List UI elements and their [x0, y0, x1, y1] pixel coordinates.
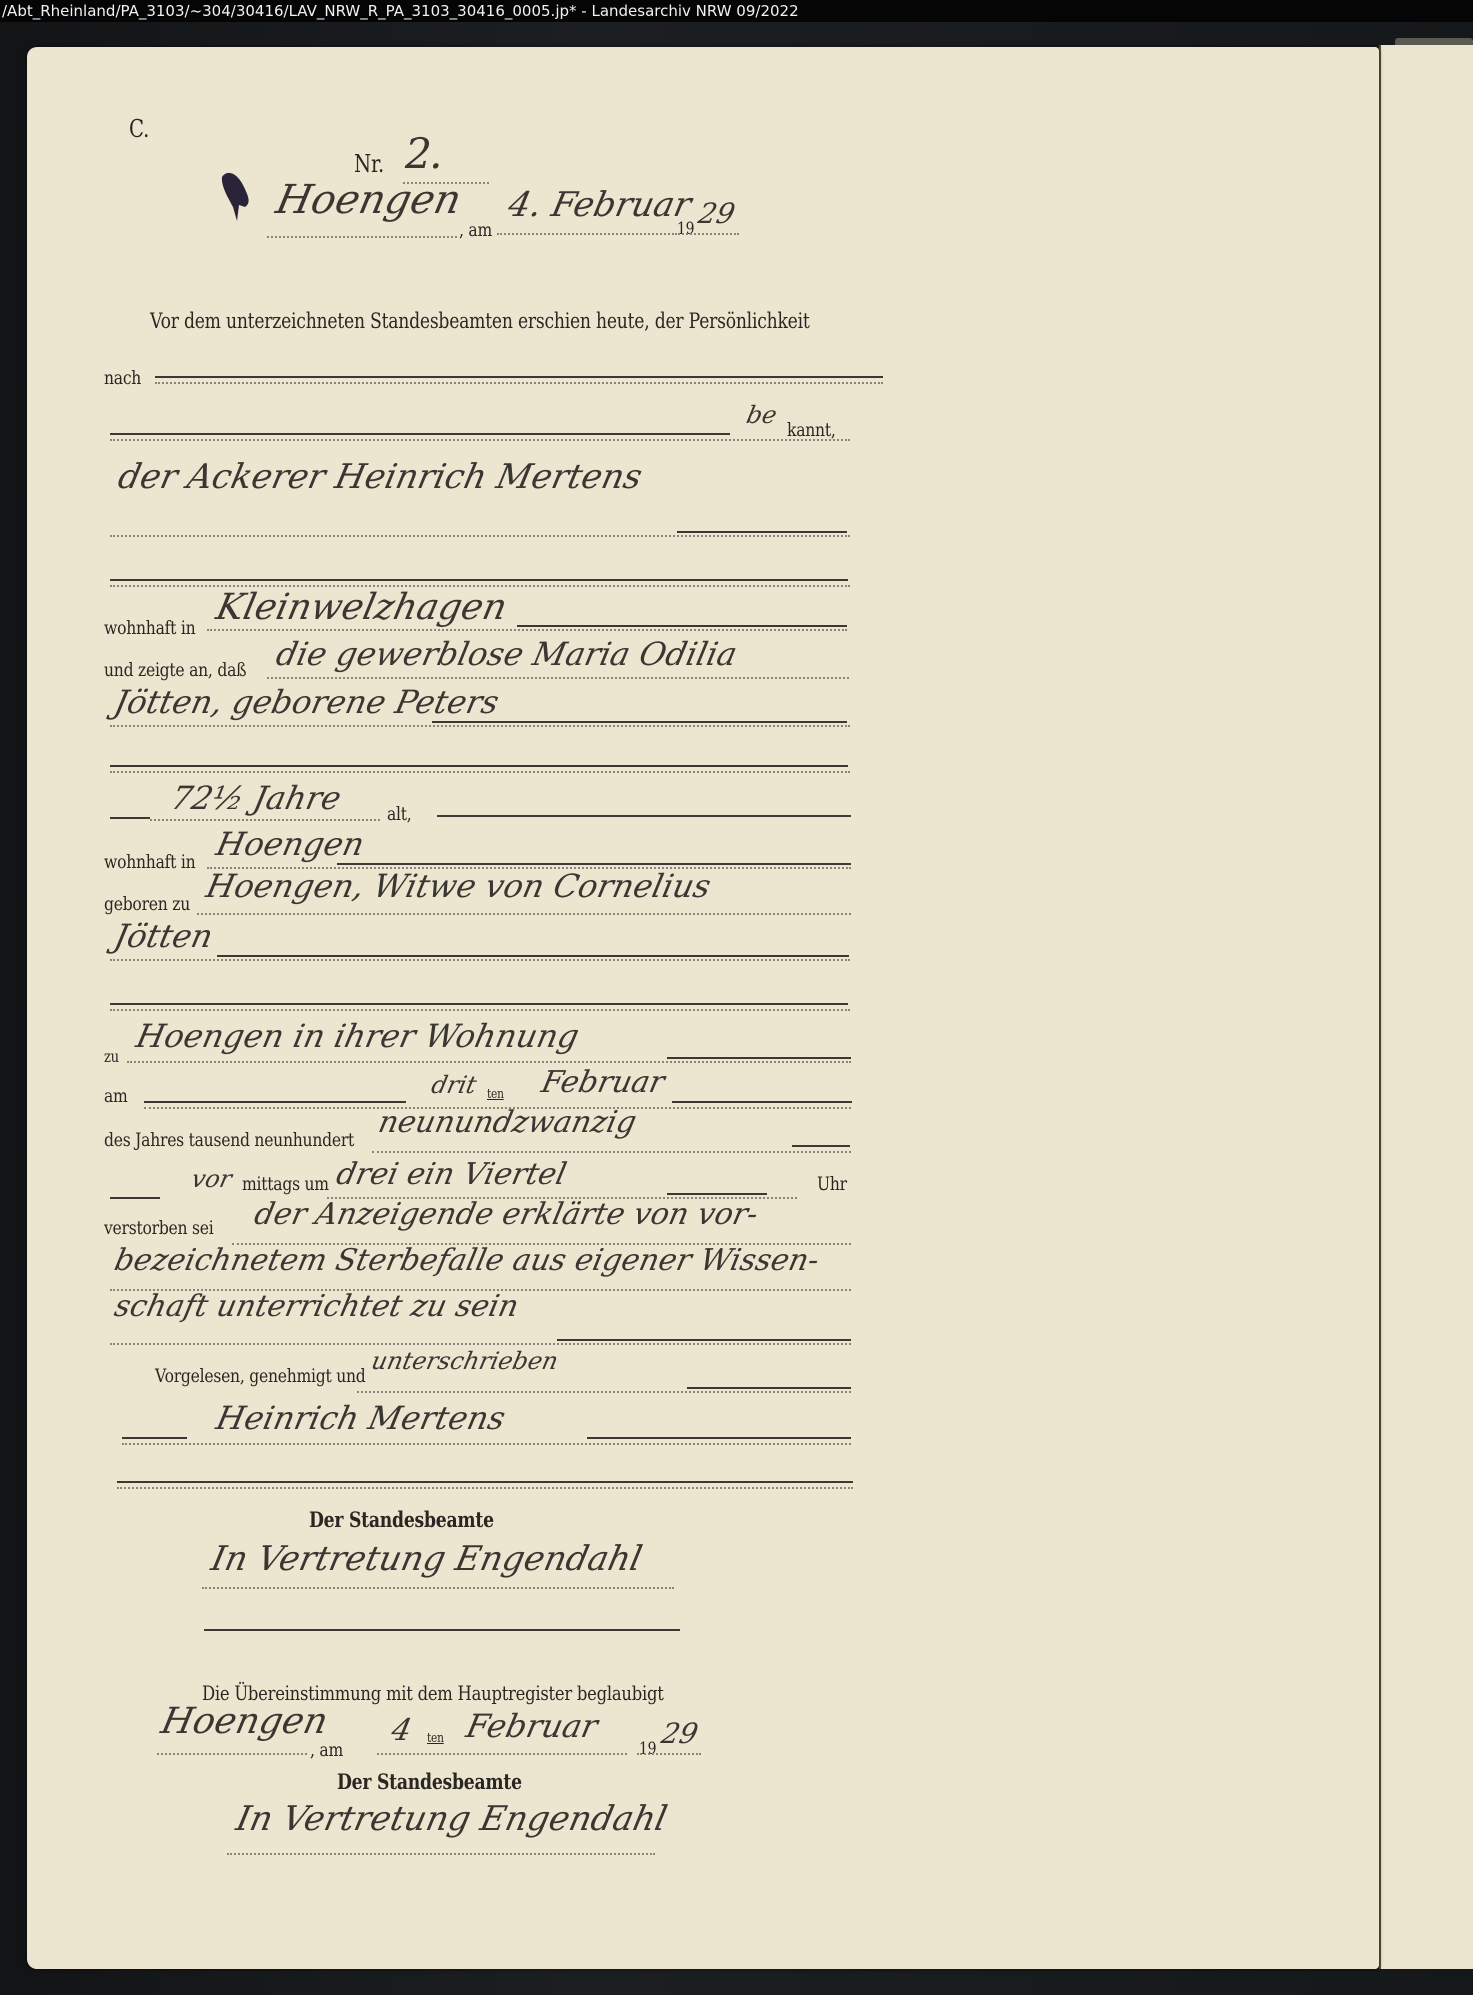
- cert-ten-label: ten: [427, 1731, 444, 1746]
- cert-day: 4: [388, 1713, 415, 1748]
- read-approved-dotted-line: [357, 1391, 851, 1393]
- register-page: C. Nr. 2. Hoengen , am 4. Februar 19 29 …: [27, 47, 1379, 1969]
- zeigte-label: und zeigte an, daß: [104, 659, 246, 681]
- vor-handwritten: vor: [189, 1165, 234, 1193]
- informant-residence-label: wohnhaft in: [104, 617, 195, 639]
- deceased-dotted-line-1: [267, 677, 849, 679]
- cert-registrar-label: Der Standesbeamte: [337, 1769, 522, 1794]
- death-year-dotted-line: [372, 1151, 851, 1153]
- death-place-dotted-line: [127, 1061, 851, 1063]
- read-approved-label: Vorgelesen, genehmigt und: [155, 1365, 366, 1387]
- died-label: verstorben sei: [104, 1217, 213, 1239]
- born-line-1: Hoengen, Witwe von Cornelius: [203, 867, 714, 905]
- born-dotted-line-1: [197, 913, 851, 915]
- residence-rule: [517, 625, 847, 627]
- read-approved-rule: [687, 1387, 851, 1389]
- informant-residence: Kleinwelzhagen: [213, 587, 511, 628]
- nach-dotted-line: [155, 382, 883, 384]
- remark-rule-3: [557, 1339, 851, 1341]
- cert-registrar-dotted-line: [227, 1853, 655, 1855]
- death-year-label: des Jahres tausend neunhundert: [104, 1129, 354, 1151]
- time-rule-right: [667, 1193, 767, 1195]
- deceased-line-2: Jötten, geborene Peters: [111, 683, 502, 721]
- cert-month: Februar: [463, 1707, 601, 1745]
- informant-name: der Ackerer Heinrich Mertens: [115, 457, 646, 497]
- residence-dotted-line: [207, 629, 847, 631]
- age-rule-right: [437, 815, 851, 817]
- bekannt-label: kannt,: [787, 419, 836, 441]
- deceased-residence: Hoengen: [213, 825, 368, 863]
- ten-label: ten: [487, 1087, 504, 1102]
- born-line-2: Jötten: [111, 917, 216, 955]
- death-year-rule: [792, 1145, 850, 1147]
- blank-dotted-line-2: [110, 771, 850, 773]
- uhr-label: Uhr: [817, 1173, 847, 1195]
- deceased-dotted-line-2: [110, 725, 850, 727]
- deceased-residence-label: wohnhaft in: [104, 851, 195, 873]
- age-dotted-line: [150, 819, 380, 821]
- deceased-rule-2: [432, 721, 847, 723]
- record-number: 2.: [400, 129, 450, 178]
- remark-line-1: der Anzeigende erklärte von vor-: [251, 1197, 761, 1232]
- death-time: drei ein Viertel: [333, 1157, 569, 1192]
- number-label: Nr.: [354, 150, 384, 178]
- registrar-label: Der Standesbeamte: [309, 1507, 494, 1532]
- bekannt-handwritten: be: [744, 401, 780, 429]
- blank-dotted-line-3: [110, 1009, 850, 1011]
- blank-rule-2: [110, 765, 848, 767]
- death-place-rule: [667, 1057, 851, 1059]
- closing-dotted-line: [117, 1487, 853, 1489]
- born-label: geboren zu: [104, 893, 190, 915]
- signature-dotted-line: [122, 1443, 851, 1445]
- nach-label: nach: [104, 367, 141, 389]
- informant-rule: [677, 531, 847, 533]
- bekannt-rule: [110, 433, 730, 435]
- death-day: drit: [429, 1071, 479, 1099]
- cert-place: Hoengen: [158, 1701, 332, 1742]
- ink-blot-icon: [217, 169, 257, 229]
- corner-mark: C.: [129, 115, 149, 143]
- date-handwritten: 4. Februar: [505, 185, 695, 225]
- date-dotted-line: [497, 233, 677, 235]
- signature-rule-left: [122, 1437, 187, 1439]
- born-rule-2: [217, 955, 849, 957]
- cert-registrar-signature: In Vertretung Engendahl: [233, 1799, 671, 1839]
- born-dotted-line-2: [110, 959, 850, 961]
- time-rule-left: [110, 1197, 160, 1199]
- cert-date-dotted-line: [377, 1753, 627, 1755]
- window-title: /Abt_Rheinland/PA_3103/~304/30416/LAV_NR…: [2, 2, 799, 20]
- age-value: 72½ Jahre: [168, 779, 345, 817]
- death-date-rule-left: [144, 1101, 406, 1103]
- registrar-dotted-line: [202, 1587, 674, 1589]
- place-dotted-line: [267, 236, 457, 238]
- death-year-words: neunundzwanzig: [375, 1105, 639, 1140]
- cert-year-dotted-line: [637, 1753, 701, 1755]
- window-title-bar: /Abt_Rheinland/PA_3103/~304/30416/LAV_NR…: [0, 0, 1473, 22]
- age-rule-left: [110, 817, 150, 819]
- deceased-residence-rule: [337, 863, 851, 865]
- deceased-line-1: die gewerblose Maria Odilia: [273, 635, 741, 673]
- registrar-signature: In Vertretung Engendahl: [208, 1539, 646, 1579]
- death-record-form: C. Nr. 2. Hoengen , am 4. Februar 19 29 …: [27, 47, 1379, 1969]
- intro-text: Vor dem unterzeichneten Standesbeamten e…: [150, 309, 810, 333]
- remark-dotted-line-3: [110, 1343, 851, 1345]
- closing-rule: [117, 1481, 853, 1483]
- mittags-label: mittags um: [242, 1173, 329, 1195]
- death-date-rule-right: [672, 1101, 852, 1103]
- place-handwritten: Hoengen: [272, 177, 465, 223]
- death-month: Februar: [538, 1065, 667, 1100]
- signed-handwritten: unterschrieben: [369, 1347, 561, 1375]
- nach-rule: [155, 376, 883, 378]
- year-dotted-line: [675, 233, 739, 235]
- age-label: alt,: [387, 803, 412, 825]
- cert-am-label: , am: [310, 1739, 343, 1761]
- cert-year-suffix: 29: [658, 1717, 701, 1750]
- cert-year-prefix: 19: [639, 1739, 656, 1759]
- death-date-label: am: [104, 1085, 128, 1107]
- cert-place-dotted-line: [157, 1753, 307, 1755]
- am-label: , am: [459, 219, 492, 241]
- remark-line-2: bezeichnetem Sterbefalle aus eigener Wis…: [111, 1243, 822, 1278]
- informant-signature: Heinrich Mertens: [213, 1399, 509, 1437]
- registrar-rule: [204, 1629, 680, 1631]
- year-prefix: 19: [677, 219, 694, 239]
- signature-rule-right: [587, 1437, 851, 1439]
- blank-rule-3: [110, 1003, 848, 1005]
- remark-line-3: schaft unterrichtet zu sein: [111, 1289, 522, 1324]
- informant-dotted-line: [110, 535, 850, 537]
- next-page-edge: [1379, 45, 1473, 1969]
- death-place-label: zu: [104, 1047, 119, 1066]
- bekannt-dotted-line: [110, 439, 850, 441]
- blank-rule-1: [110, 579, 848, 581]
- year-suffix-handwritten: 29: [695, 197, 738, 230]
- death-place: Hoengen in ihrer Wohnung: [133, 1017, 582, 1055]
